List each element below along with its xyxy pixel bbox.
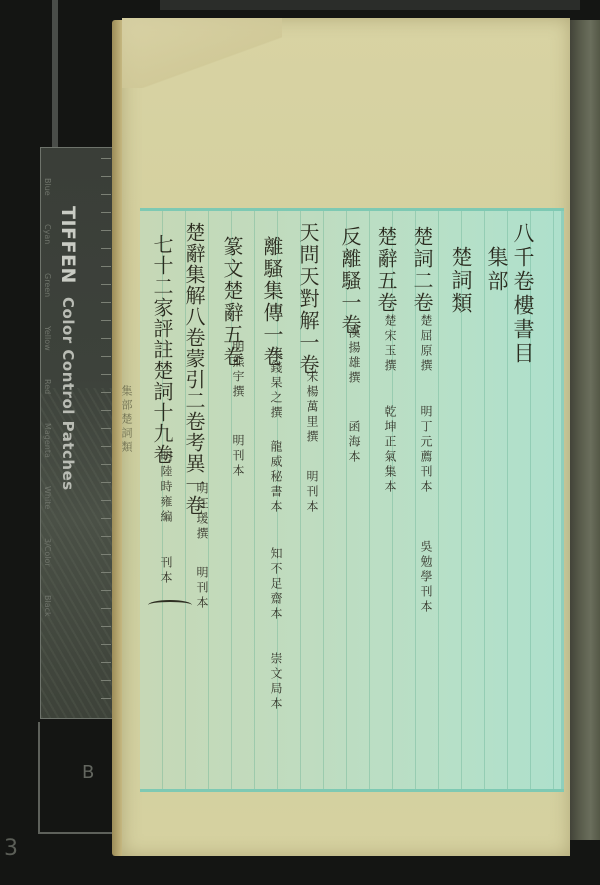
patch-label: Red xyxy=(43,379,52,394)
entry-note: 崇文局本 xyxy=(270,652,282,712)
entry-note: 龍威秘書本 xyxy=(270,440,282,515)
chart-title: Color Control Patches xyxy=(59,297,77,491)
chart-box-outline xyxy=(38,722,114,834)
catalog-title: 八千卷樓書目 xyxy=(512,222,533,366)
ruler-ticks xyxy=(101,158,111,708)
backdrop-stripe xyxy=(52,0,58,150)
patch-label: Yellow xyxy=(43,326,52,351)
entry-title: 楚辭集解八卷蒙引二卷考異一卷 xyxy=(184,222,204,516)
chart-box-label: B xyxy=(82,762,94,783)
page-corner-fold xyxy=(122,18,282,88)
backdrop-top-bar xyxy=(160,0,580,10)
entry-note: 明刊本 xyxy=(306,470,318,515)
patch-label: Green xyxy=(43,273,52,297)
entry-note: 明熊宇撰 xyxy=(232,340,244,400)
chart-patch-labels: Blue Cyan Green Yellow Red Magenta White… xyxy=(43,178,52,643)
patch-label: Cyan xyxy=(43,224,52,244)
entry-note: 楚屈原撰 xyxy=(420,314,432,374)
entry-note: 函海本 xyxy=(348,420,360,465)
category-heading: 楚詞類 xyxy=(450,246,471,315)
entry-note: 楚宋玉撰 xyxy=(384,314,396,374)
entry-note: 宋錢杲之撰 xyxy=(270,346,282,421)
brand-logo: TIFFEN xyxy=(57,206,79,284)
entry-note: 乾坤正氣集本 xyxy=(384,405,396,495)
entry-note: 漢揚雄撰 xyxy=(348,326,360,386)
entry-note: 明刊本 xyxy=(196,566,208,611)
entry-note: 宋楊萬里撰 xyxy=(306,370,318,445)
book-cover-right xyxy=(568,20,600,840)
patch-label: 3/Color xyxy=(43,538,52,567)
patch-label: White xyxy=(43,486,52,509)
entry-note: 刊本 xyxy=(160,556,172,586)
entry-title: 楚詞二卷 xyxy=(412,226,432,314)
chart-brand: TIFFEN Color Control Patches xyxy=(57,206,79,491)
corner-number: 3 xyxy=(4,836,18,861)
fold-margin-text: 集部楚詞類 xyxy=(118,385,134,455)
entry-title: 反離騷一卷 xyxy=(340,226,360,336)
frame-border xyxy=(561,211,564,789)
entry-note: 明刊本 xyxy=(232,434,244,479)
patch-label: Blue xyxy=(43,178,52,196)
entry-note: 明丁元薦刊本 xyxy=(420,405,432,495)
entry-note: 明陸時雍編 xyxy=(160,450,172,525)
entry-note: 知不足齋本 xyxy=(270,547,282,622)
patch-label: Black xyxy=(43,595,52,617)
entry-title: 天問天對解一卷 xyxy=(298,222,318,376)
patch-label: Magenta xyxy=(43,423,52,458)
entry-note: 吳勉學刊本 xyxy=(420,540,432,615)
section-heading: 集部 xyxy=(486,246,507,294)
color-control-chart: Blue Cyan Green Yellow Red Magenta White… xyxy=(40,147,114,719)
entry-title: 七十二家評註楚詞十九卷 xyxy=(152,234,172,465)
end-mark xyxy=(148,600,192,610)
entry-note: 明汪瑗撰 xyxy=(196,482,208,542)
entry-title: 楚辭五卷 xyxy=(376,226,396,314)
